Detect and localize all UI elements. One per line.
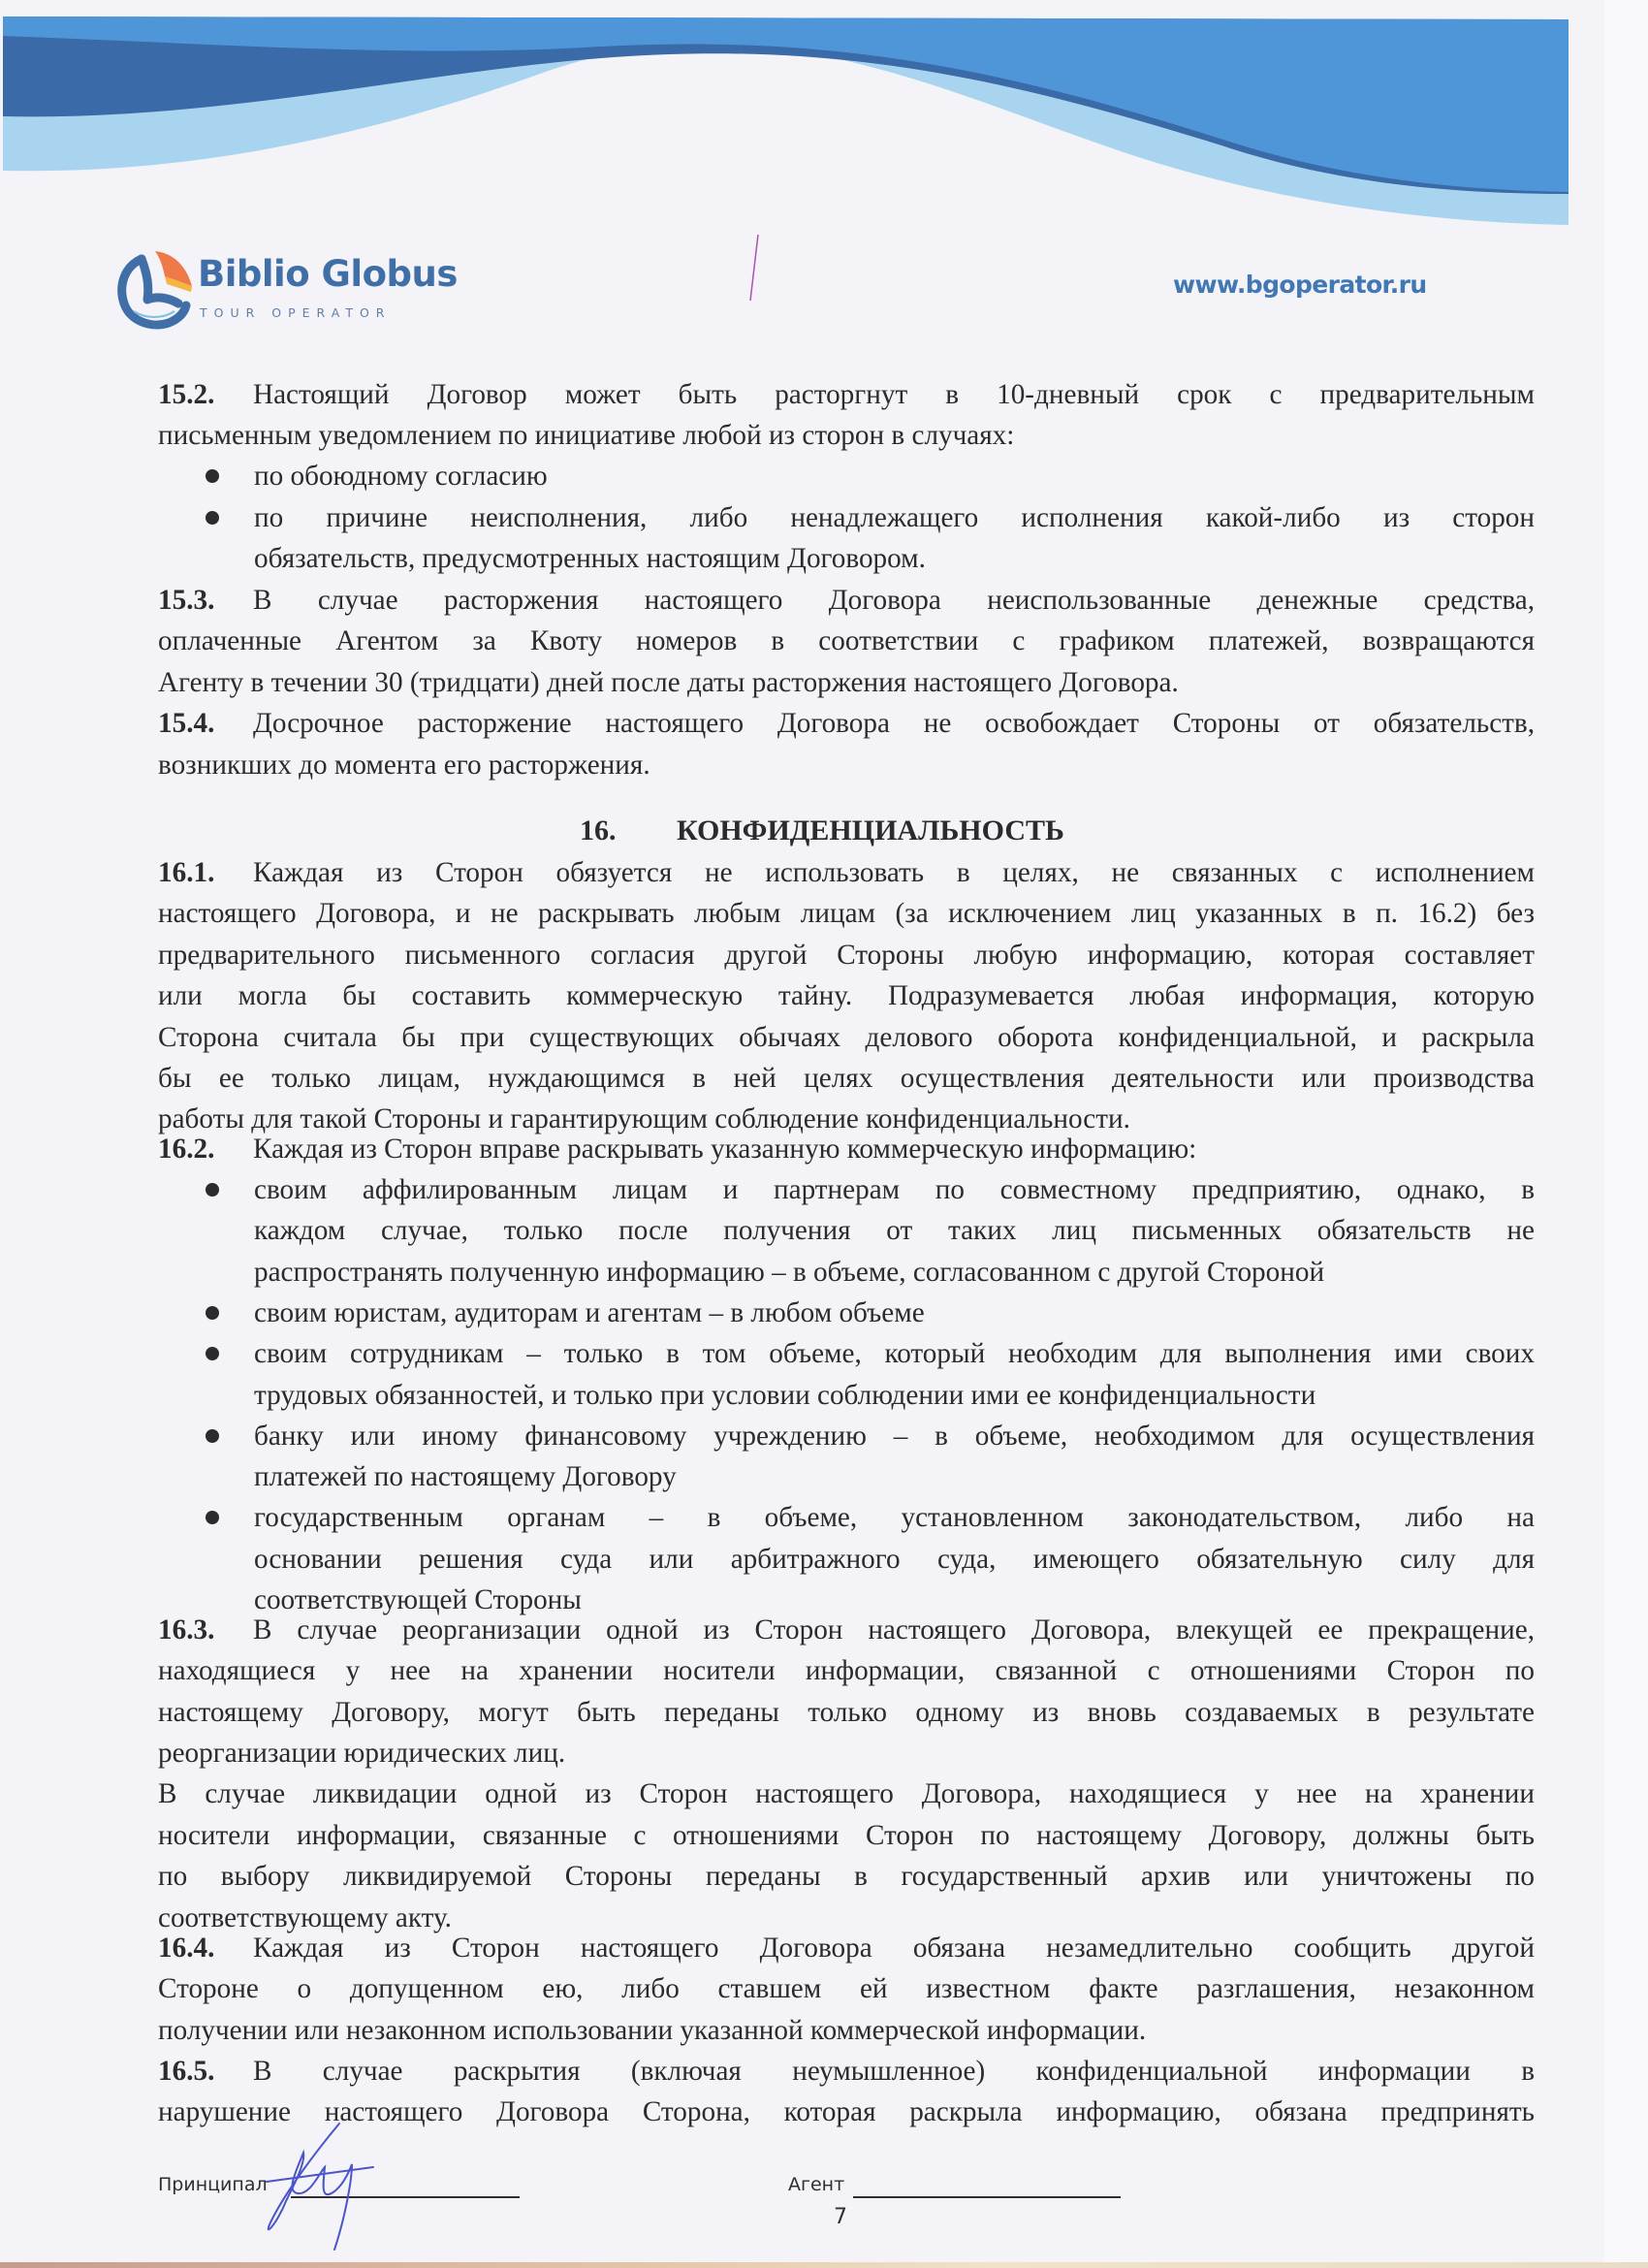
clause-number: 16.5. — [158, 2051, 253, 2092]
contract-document: 15.2.Настоящий Договор может быть растор… — [0, 0, 1648, 2268]
text-line: В случае ликвидации одной из Сторон наст… — [158, 1773, 1535, 1814]
bullet-item: по причине неисполнения, либо ненадлежащ… — [254, 497, 1535, 538]
bullet-icon — [206, 469, 219, 483]
clause-15-3: 15.3.В случае расторжения настоящего Дог… — [158, 580, 1535, 621]
clause-number: 16.4. — [158, 1928, 253, 1968]
clause-number: 15.4. — [158, 703, 253, 744]
principal-signature — [228, 2114, 412, 2259]
bullet-item-cont: трудовых обязанностей, и только при усло… — [254, 1375, 1535, 1416]
agent-signature-line — [853, 2196, 1121, 2198]
bullet-item: своим аффилированным лицам и партнерам п… — [254, 1169, 1535, 1210]
section-number: 16. — [580, 811, 677, 851]
clause-number: 16.3. — [158, 1610, 253, 1650]
text-line: носители информации, связанные с отношен… — [158, 1815, 1535, 1856]
text-line: предварительного письменного согласия др… — [158, 935, 1535, 975]
bullet-icon — [206, 1429, 219, 1443]
text-line: Сторона считала бы при существующих обыч… — [158, 1017, 1535, 1058]
scan-bottom-edge — [0, 2262, 1648, 2268]
clause-15-4: 15.4.Досрочное расторжение настоящего До… — [158, 703, 1535, 744]
text-line: по выбору ликвидируемой Стороны переданы… — [158, 1856, 1535, 1897]
bullet-item: банку или иному финансовому учреждению –… — [254, 1416, 1535, 1456]
bullet-icon — [206, 1511, 219, 1524]
text-line: реорганизации юридических лиц. — [158, 1733, 1535, 1773]
text-line: Стороне о допущенном ею, либо ставшем ей… — [158, 1968, 1535, 2009]
clause-16-2: 16.2.Каждая из Сторон вправе раскрывать … — [158, 1129, 1535, 1169]
agent-label: Агент — [788, 2174, 844, 2195]
bullet-item-cont: платежей по настоящему Договору — [254, 1456, 1535, 1497]
bullet-item-cont: каждом случае, только после получения от… — [254, 1210, 1535, 1251]
clause-15-2: 15.2.Настоящий Договор может быть растор… — [158, 374, 1535, 415]
clause-16-1: 16.1.Каждая из Сторон обязуется не испол… — [158, 852, 1535, 893]
text-line: настоящего Договора, и не раскрывать люб… — [158, 893, 1535, 934]
bullet-icon — [206, 1183, 219, 1197]
clause-number: 15.2. — [158, 374, 253, 415]
text-line: получении или незаконном использовании у… — [158, 2010, 1535, 2051]
section-heading: 16.КОНФИДЕНЦИАЛЬНОСТЬ — [580, 811, 1064, 851]
bullet-icon — [206, 1347, 219, 1360]
text-line: настоящему Договору, могут быть переданы… — [158, 1692, 1535, 1733]
bullet-item: своим юристам, аудиторам и агентам – в л… — [254, 1293, 1535, 1333]
clause-16-4: 16.4.Каждая из Сторон настоящего Договор… — [158, 1928, 1535, 1968]
section-title: КОНФИДЕНЦИАЛЬНОСТЬ — [677, 815, 1064, 847]
clause-number: 16.2. — [158, 1129, 253, 1169]
clause-number: 16.1. — [158, 852, 253, 893]
clause-16-5: 16.5.В случае раскрытия (включая неумышл… — [158, 2051, 1535, 2092]
clause-16-3: 16.3.В случае реорганизации одной из Сто… — [158, 1610, 1535, 1650]
text-line: письменным уведомлением по инициативе лю… — [158, 415, 1535, 456]
text-line: оплаченные Агентом за Квоту номеров в со… — [158, 621, 1535, 661]
bullet-item: по обоюдному согласию — [254, 456, 1535, 496]
bullet-item: своим сотрудникам – только в том объеме,… — [254, 1333, 1535, 1374]
text-line: или могла бы составить коммерческую тайн… — [158, 975, 1535, 1016]
bullet-icon — [206, 511, 219, 525]
bullet-item-cont: обязательств, предусмотренных настоящим … — [254, 538, 1535, 579]
bullet-item-cont: распространять полученную информацию – в… — [254, 1252, 1535, 1293]
bullet-item: государственным органам – в объеме, уста… — [254, 1497, 1535, 1538]
bullet-item-cont: основании решения суда или арбитражного … — [254, 1539, 1535, 1580]
text-line: возникших до момента его расторжения. — [158, 745, 1535, 785]
text-line: бы ее только лицам, нуждающимся в ней це… — [158, 1058, 1535, 1099]
clause-number: 15.3. — [158, 580, 253, 621]
text-line: находящиеся у нее на хранении носители и… — [158, 1650, 1535, 1691]
page-number: 7 — [834, 2205, 847, 2229]
bullet-icon — [206, 1306, 219, 1320]
text-line: Агенту в течении 30 (тридцати) дней посл… — [158, 662, 1535, 703]
